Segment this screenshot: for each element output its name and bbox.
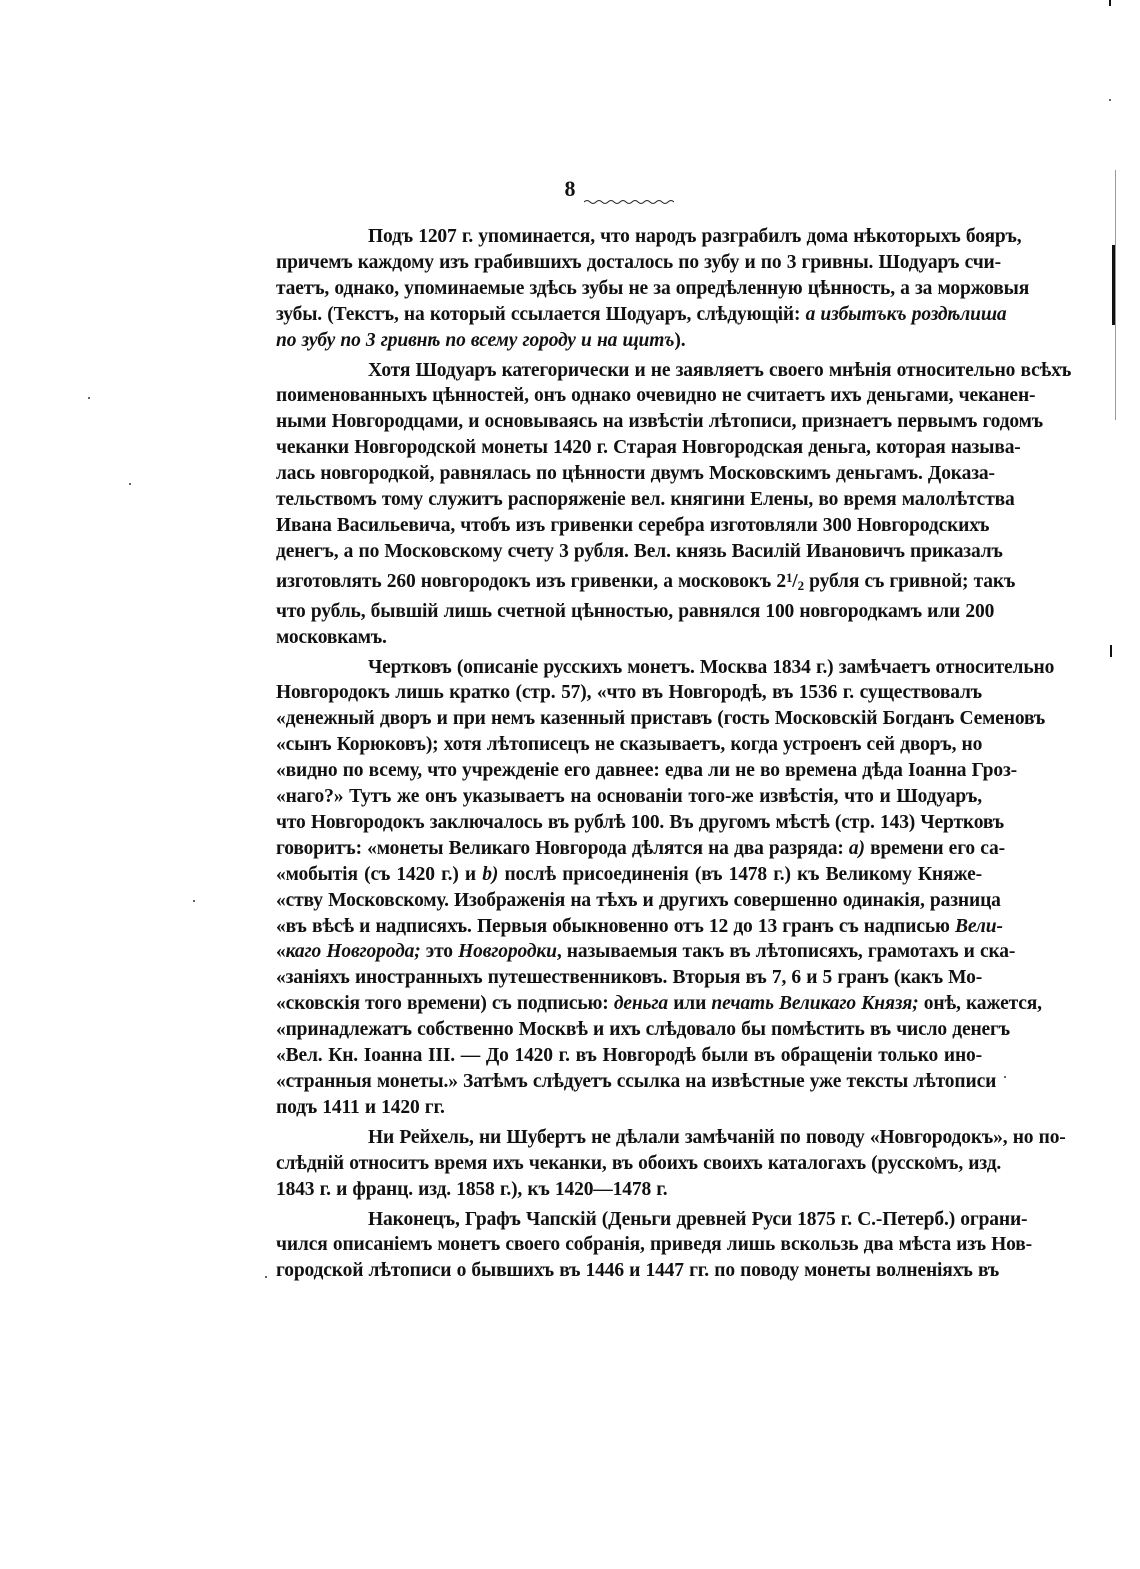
- text-run: «мобытія (съ 1420 г.) и: [276, 864, 482, 885]
- text-run: , называемыя такъ въ лѣтописяхъ, грамота…: [557, 941, 1015, 962]
- scan-speck: [129, 483, 131, 485]
- list-marker: a): [849, 838, 865, 859]
- text-run: онѣ, кажется,: [919, 993, 1042, 1014]
- text-line: «принадлежатъ собственно Москвѣ и ихъ сл…: [276, 1017, 982, 1043]
- text-line: Ни Рейхель, ни Шубертъ не дѣлали замѣчан…: [276, 1125, 982, 1151]
- text-line: Чертковъ (описаніе русскихъ монетъ. Моск…: [276, 655, 982, 681]
- text-line: зубы. (Текстъ, на который ссылается Шоду…: [276, 302, 982, 328]
- scan-edge-mark: [1112, 245, 1115, 325]
- text-run: «: [276, 941, 286, 962]
- text-line: чился описаніемъ монетъ своего собранія,…: [276, 1232, 982, 1258]
- text-line: изготовлять 260 новгородокъ изъ гривенки…: [276, 565, 982, 599]
- text-line: что рубль, бывшій лишь счетной цѣнностью…: [276, 599, 982, 625]
- scan-edge-mark: [1115, 170, 1116, 420]
- quoted-chronicle-text: а избытъкъ роздѣлиша: [806, 304, 1007, 325]
- text-line: лась новгородкой, равнялась по цѣнности …: [276, 461, 982, 487]
- text-line: поименованныхъ цѣнностей, онъ однако оче…: [276, 383, 982, 409]
- text-line: «Вел. Кн. Іоанна III. — До 1420 г. въ Но…: [276, 1043, 982, 1069]
- text-line: «странныя монеты.» Затѣмъ слѣдуетъ ссылк…: [276, 1069, 982, 1095]
- scan-speck: [193, 900, 195, 902]
- paragraph-3: Чертковъ (описаніе русскихъ монетъ. Моск…: [276, 655, 982, 1121]
- text-line: Хотя Шодуаръ категорически и не заявляет…: [276, 358, 982, 384]
- text-line: говоритъ: «монеты Великаго Новгорода дѣл…: [276, 836, 982, 862]
- text-line: «въ вѣсѣ и надписяхъ. Первыя обыкновенно…: [276, 914, 982, 940]
- text-run: «сковскія того времени) съ подписью:: [276, 993, 614, 1014]
- scan-edge-mark: [1109, 0, 1111, 6]
- text-line: по зубу по 3 гривнѣ по всему городу и на…: [276, 328, 982, 354]
- text-run: рубля съ гривной; такъ: [804, 571, 1015, 592]
- inscription-text: печать Великаго Князя;: [711, 993, 918, 1014]
- text-line: «мобытія (съ 1420 г.) и b) послѣ присоед…: [276, 862, 982, 888]
- inscription-text: Новгородки: [458, 941, 557, 962]
- text-line: тельствомъ тому служитъ распоряженіе вел…: [276, 487, 982, 513]
- inscription-text: Вели-: [955, 916, 1003, 937]
- text-line: что Новгородокъ заключалось въ рублѣ 100…: [276, 810, 982, 836]
- scan-speck: [935, 1157, 937, 1159]
- text-run: «въ вѣсѣ и надписяхъ. Первыя обыкновенно…: [276, 916, 955, 937]
- text-line: денегъ, а по Московскому счету 3 рубля. …: [276, 539, 982, 565]
- text-line: «каго Новгорода; это Новгородки, называе…: [276, 939, 982, 965]
- text-line: «заніяхъ иностранныхъ путешественниковъ.…: [276, 965, 982, 991]
- text-line: ными Новгородцами, и основываясь на извѣ…: [276, 409, 982, 435]
- text-line: «денежный дворъ и при немъ казенный прис…: [276, 706, 982, 732]
- text-run: ).: [674, 330, 685, 351]
- text-run: или: [668, 993, 711, 1014]
- text-run: зубы. (Текстъ, на который ссылается Шоду…: [276, 304, 806, 325]
- text-line: чеканки Новгородской монеты 1420 г. Стар…: [276, 435, 982, 461]
- text-run: послѣ присоединенія (въ 1478 г.) къ Вели…: [498, 864, 982, 885]
- text-run: изготовлять 260 новгородокъ изъ гривенки…: [276, 571, 786, 592]
- page-number: 8: [0, 178, 1140, 200]
- text-line: городской лѣтописи о бывшихъ въ 1446 и 1…: [276, 1258, 982, 1284]
- scan-speck: [1109, 99, 1111, 101]
- page-number-wavy-rule: [584, 199, 674, 205]
- text-line: «ству Московскому. Изображенія на тѣхъ и…: [276, 888, 982, 914]
- document-body: Подъ 1207 г. упоминается, что народъ раз…: [276, 224, 982, 1288]
- text-run: времени его са-: [865, 838, 1005, 859]
- paragraph-1: Подъ 1207 г. упоминается, что народъ раз…: [276, 224, 982, 354]
- paragraph-4: Ни Рейхель, ни Шубертъ не дѣлали замѣчан…: [276, 1125, 982, 1203]
- text-line: Подъ 1207 г. упоминается, что народъ раз…: [276, 224, 982, 250]
- text-line: московкамъ.: [276, 625, 982, 651]
- text-line: слѣдній относитъ время ихъ чеканки, въ о…: [276, 1151, 982, 1177]
- text-line: Наконецъ, Графъ Чапскій (Деньги древней …: [276, 1207, 982, 1233]
- text-line: «видно по всему, что учрежденіе его давн…: [276, 758, 982, 784]
- scan-speck: [265, 1276, 267, 1278]
- scan-speck: [88, 397, 90, 399]
- text-line: 1843 г. и франц. изд. 1858 г.), къ 1420—…: [276, 1177, 982, 1203]
- quoted-chronicle-text: по зубу по 3 гривнѣ по всему городу и на…: [276, 330, 674, 351]
- text-line: таетъ, однако, упоминаемые здѣсь зубы не…: [276, 276, 982, 302]
- paragraph-5: Наконецъ, Графъ Чапскій (Деньги древней …: [276, 1207, 982, 1285]
- text-line: причемъ каждому изъ грабившихъ досталось…: [276, 250, 982, 276]
- scan-speck: [1004, 1076, 1006, 1078]
- inscription-text: каго Новгорода;: [286, 941, 421, 962]
- text-line: «сковскія того времени) съ подписью: ден…: [276, 991, 982, 1017]
- text-run: говоритъ: «монеты Великаго Новгорода дѣл…: [276, 838, 849, 859]
- inscription-text: деньга: [614, 993, 668, 1014]
- text-run: это: [421, 941, 459, 962]
- list-marker: b): [482, 864, 498, 885]
- text-line: Новгородокъ лишь кратко (стр. 57), «что …: [276, 680, 982, 706]
- text-line: Ивана Васильевича, чтобъ изъ гривенки се…: [276, 513, 982, 539]
- paragraph-2: Хотя Шодуаръ категорически и не заявляет…: [276, 358, 982, 651]
- text-line: «наго?» Тутъ же онъ указываетъ на основа…: [276, 784, 982, 810]
- text-line: подъ 1411 и 1420 гг.: [276, 1095, 982, 1121]
- text-line: «сынъ Корюковъ); хотя лѣтописецъ не сказ…: [276, 732, 982, 758]
- fraction-numerator: 1: [786, 570, 792, 585]
- scan-edge-mark: [1110, 645, 1112, 657]
